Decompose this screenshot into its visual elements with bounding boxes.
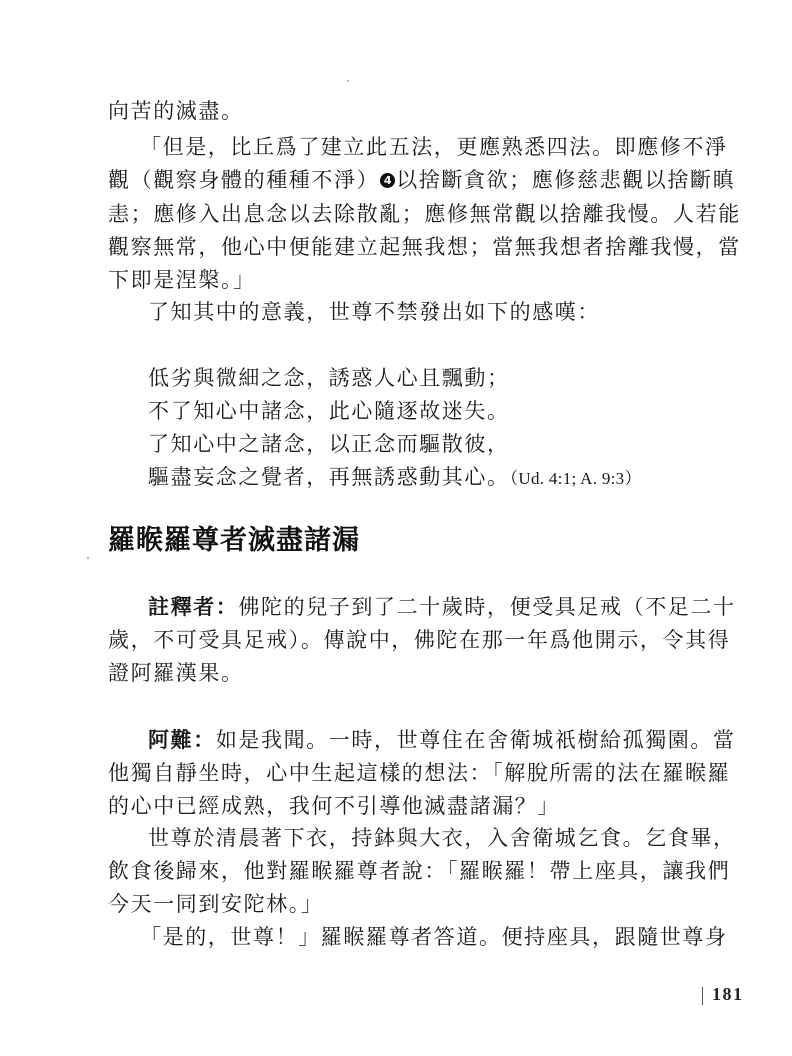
text-line: 世尊於清晨著下衣，持鉢與大衣，入舍衛城乞食。乞食畢， [148, 825, 738, 851]
text-span: 觀（觀察身體的種種不淨） [108, 168, 379, 192]
text-line: 他獨自靜坐時，心中生起這樣的想法：「解脫所需的法在羅睺羅 [108, 760, 698, 786]
text-line: 阿難：如是我聞。一時，世尊住在舍衛城祇樹給孤獨園。當 [148, 727, 738, 753]
verse-line: 驅盡妄念之覺者，再無誘惑動其心。（Ud. 4:1; A. 9:3） [148, 464, 738, 492]
folio-divider [702, 987, 703, 1005]
scan-speck [87, 557, 89, 559]
citation: （Ud. 4:1; A. 9:3） [510, 469, 642, 488]
text-line: 觀察無常，他心中便能建立起無我想；當無我想者捨離我慢，當 [108, 234, 698, 260]
text-line: 恚；應修入出息念以去除散亂；應修無常觀以捨離我慢。人若能 [108, 201, 698, 227]
footnote-marker[interactable]: 4 [380, 173, 395, 188]
text-line: 觀（觀察身體的種種不淨）4以捨斷貪欲；應修慈悲觀以捨斷瞋 [108, 167, 698, 193]
book-page: 向苦的滅盡。 「但是，比丘爲了建立此五法，更應熟悉四法。即應修不淨 觀（觀察身體… [0, 0, 792, 1056]
text-line: 「但是，比丘爲了建立此五法，更應熟悉四法。即應修不淨 [140, 134, 730, 160]
verse-line: 不了知心中諸念，此心隨逐故迷失。 [148, 398, 738, 424]
scan-speck [347, 80, 349, 82]
text-line: 向苦的滅盡。 [108, 98, 698, 124]
speaker-label: 阿難： [148, 727, 216, 752]
verse-line: 低劣與微細之念，誘惑人心且飄動； [148, 365, 738, 391]
text-line: 了知其中的意義，世尊不禁發出如下的感嘆： [148, 299, 738, 325]
text-line: 的心中已經成熟，我何不引導他滅盡諸漏？」 [108, 793, 698, 819]
text-span: 佛陀的兒子到了二十歲時，便受具足戒（不足二十 [238, 595, 735, 619]
text-line: 註釋者：佛陀的兒子到了二十歲時，便受具足戒（不足二十 [148, 594, 738, 620]
text-span: 以捨斷貪欲；應修慈悲觀以捨斷瞋 [396, 168, 735, 192]
text-span: 驅盡妄念之覺者，再無誘惑動其心。 [148, 465, 510, 489]
text-line: 下即是涅槃。」 [108, 267, 698, 293]
text-line: 歲，不可受具足戒）。傳說中，佛陀在那一年爲他開示，令其得 [108, 627, 698, 653]
verse-line: 了知心中之諸念，以正念而驅散彼， [148, 431, 738, 457]
text-line: 證阿羅漢果。 [108, 660, 698, 686]
text-span: 如是我聞。一時，世尊住在舍衛城祇樹給孤獨園。當 [216, 728, 736, 752]
page-number: 181 [712, 984, 744, 1005]
text-line: 今天一同到安陀林。」 [108, 891, 698, 917]
text-line: 飲食後歸來，他對羅睺羅尊者說：「羅睺羅！帶上座具，讓我們 [108, 858, 698, 884]
speaker-label: 註釋者： [148, 594, 238, 619]
text-line: 「是的，世尊！」羅睺羅尊者答道。便持座具，跟隨世尊身 [140, 924, 730, 950]
section-heading: 羅睺羅尊者滅盡諸漏 [108, 524, 360, 558]
